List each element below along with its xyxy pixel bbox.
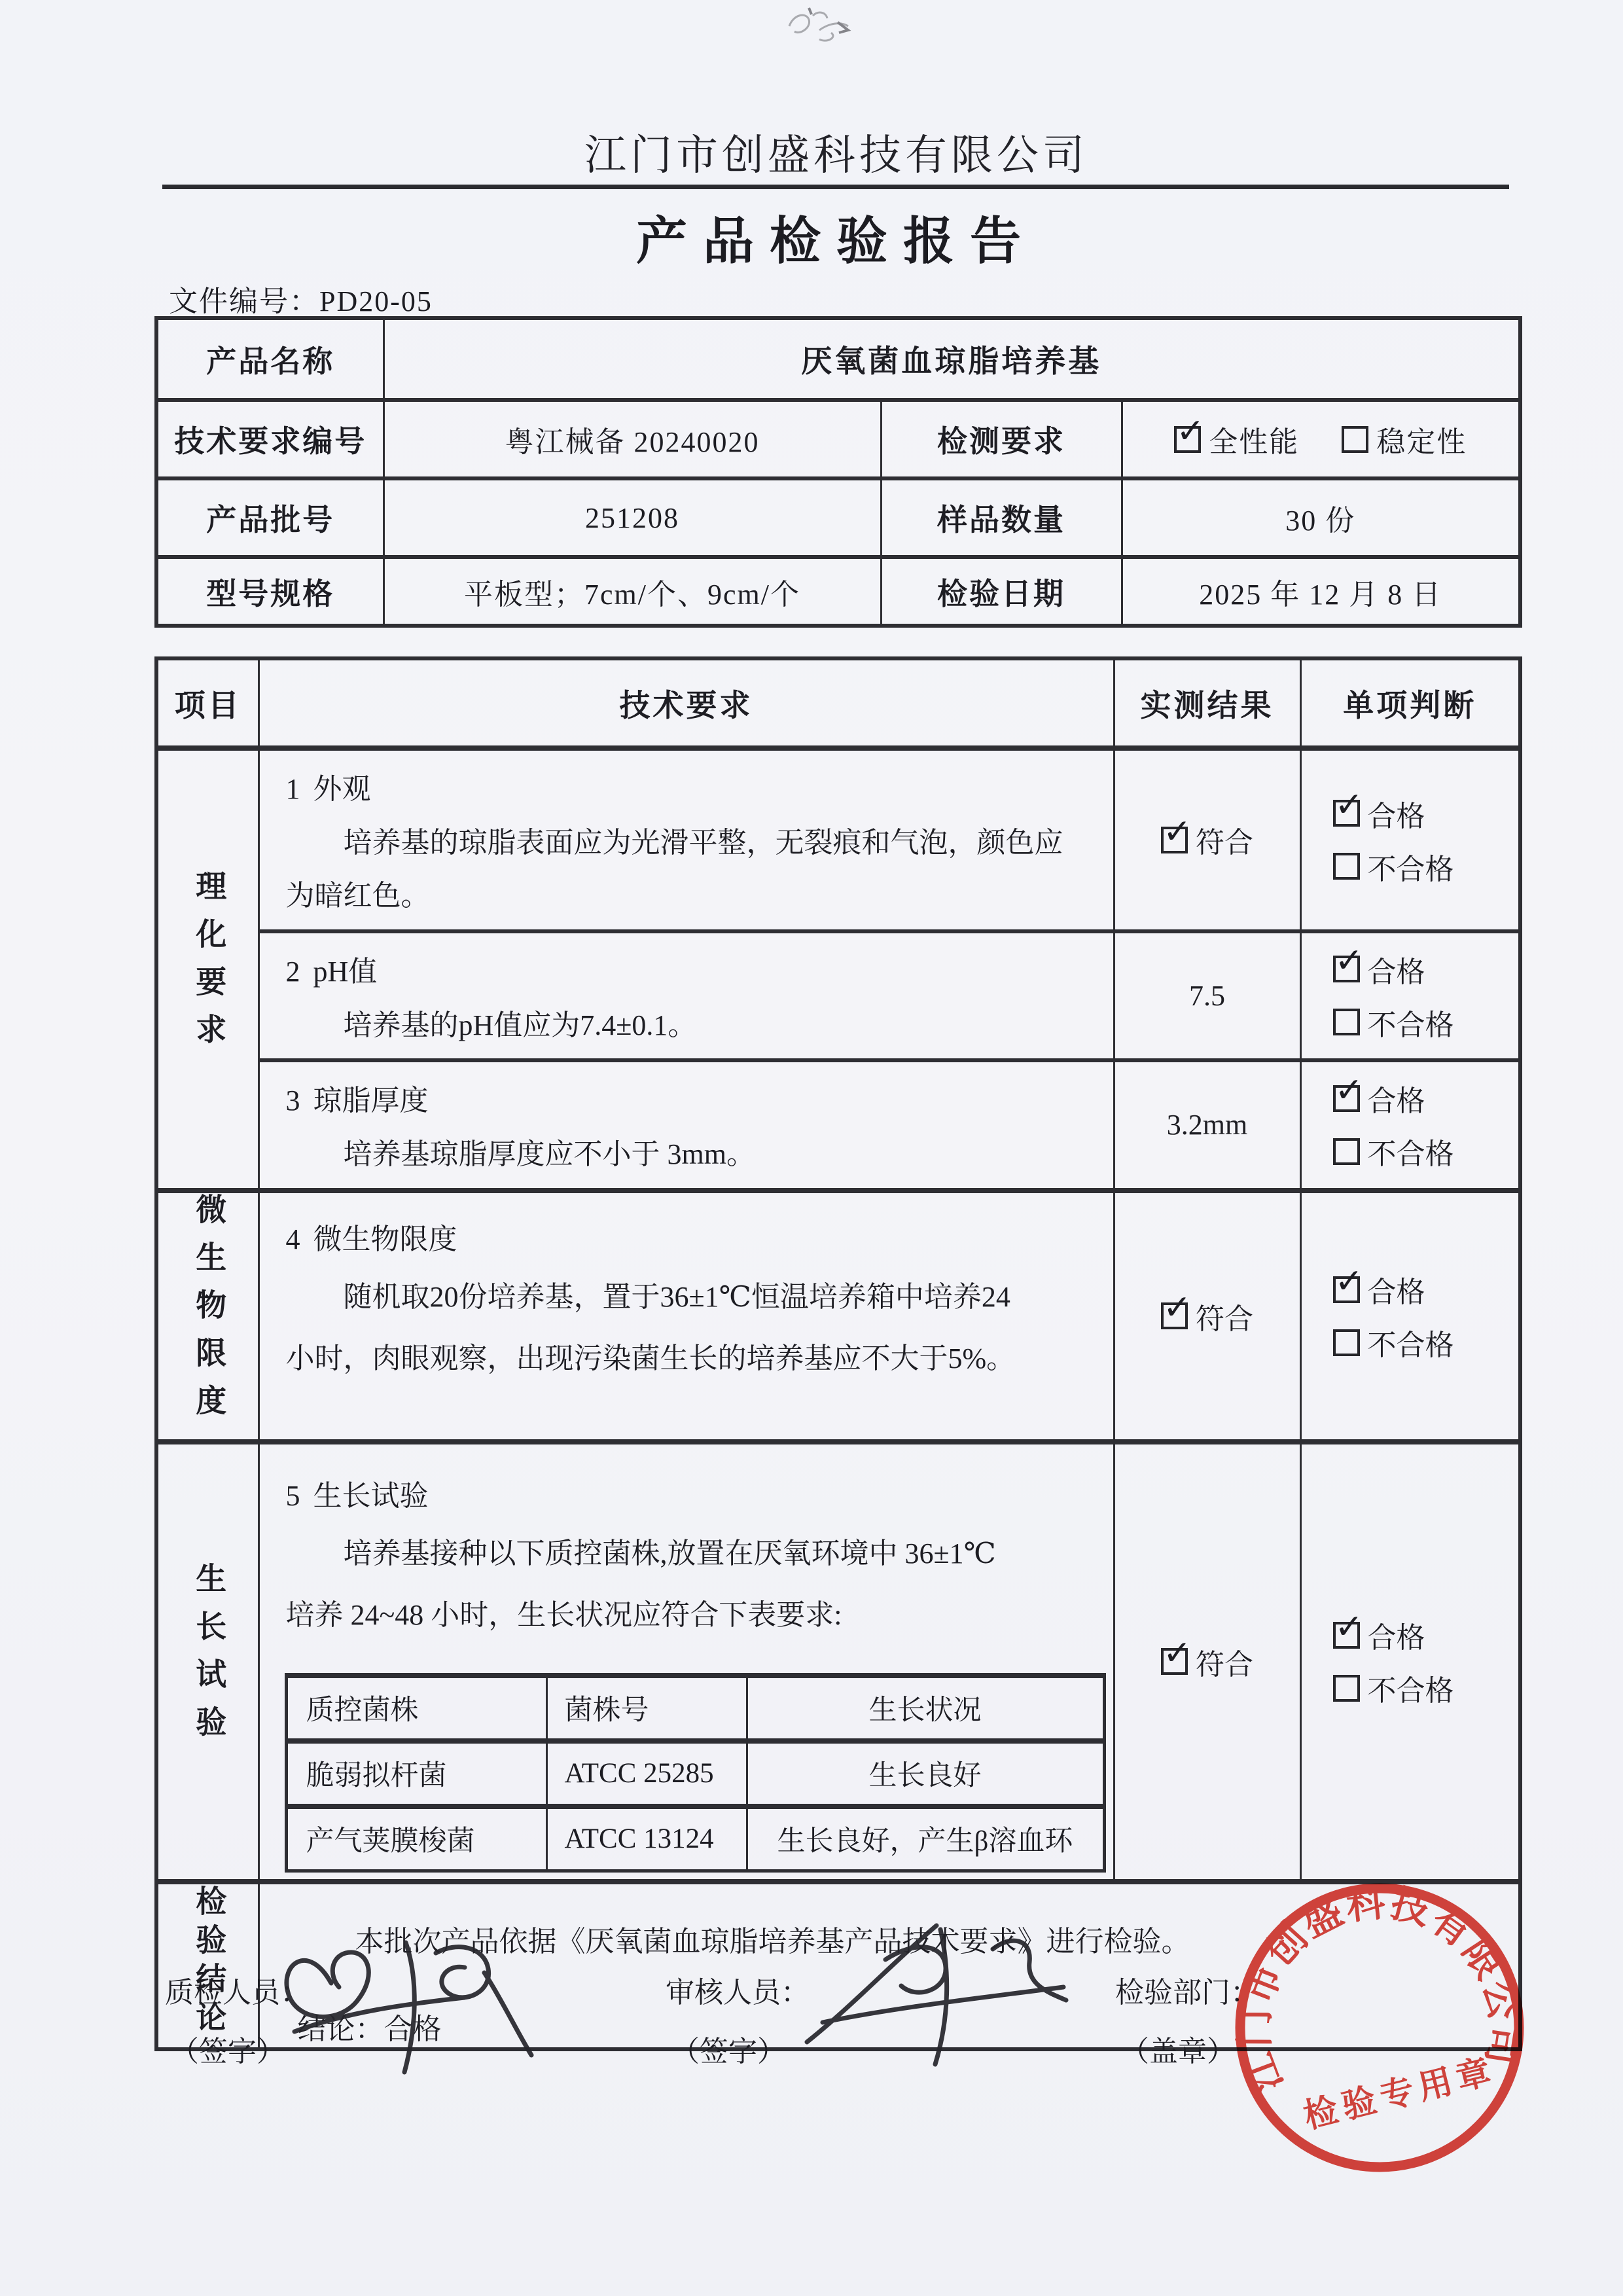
req-title-text: 琼脂厚度 (313, 1085, 429, 1117)
result-appearance: 符合 (1114, 748, 1300, 931)
fail-label: 不合格 (1368, 1321, 1454, 1363)
req-title-text: 外观 (313, 773, 371, 805)
table-row: 技术要求编号 粤江械备 20240020 检测要求 全性能 稳定性 (156, 400, 1520, 478)
req-title-text: 微生物限度 (313, 1223, 457, 1255)
option-stability: 稳定性 (1342, 418, 1467, 460)
strain-no-col-header: 菌株号 (546, 1676, 747, 1741)
checkbox-checked-icon (1333, 800, 1360, 827)
strain-name: 脆弱拟杆菌 (286, 1741, 546, 1806)
fail-label: 不合格 (1368, 1001, 1454, 1043)
req-title-text: pH值 (313, 956, 378, 988)
header-rule (162, 185, 1509, 189)
group-growth: 生长试验 (156, 1442, 259, 1882)
checkbox-checked-icon (1174, 426, 1201, 453)
req-no: 3 (286, 1085, 300, 1117)
table-row-ph: 2pH值 培养基的pH值应为7.4±0.1。 7.5 合格 不合格 (156, 931, 1520, 1060)
table-row-microbial-limit: 微生物限度 4微生物限度 随机取20份培养基，置于36±1℃恒温培养箱中培养24… (156, 1191, 1520, 1442)
requirement-microbial-limit: 4微生物限度 随机取20份培养基，置于36±1℃恒温培养箱中培养24小时，肉眼观… (259, 1191, 1114, 1442)
growth-status-col-header: 生长状况 (747, 1676, 1104, 1741)
pass-label: 合格 (1368, 1614, 1425, 1656)
report-page: 江门市创盛科技有限公司 产品检验报告 文件编号：PD20-05 产品名称 厌氧菌… (0, 0, 1623, 2296)
date-value: 2025 年 12 月 8 日 (1122, 557, 1520, 626)
req-no: 5 (286, 1480, 300, 1512)
checkbox-checked-icon (1333, 1276, 1360, 1303)
batch-label: 产品批号 (156, 478, 383, 557)
group-microbio: 微生物限度 (156, 1191, 259, 1442)
growth-table-row: 脆弱拟杆菌 ATCC 25285 生长良好 (286, 1741, 1104, 1806)
option-full-performance: 全性能 (1174, 418, 1299, 460)
req-no: 1 (286, 773, 300, 805)
strain-no: ATCC 13124 (546, 1806, 747, 1871)
doc-number-value: PD20-05 (319, 285, 433, 317)
strain-no: ATCC 25285 (546, 1741, 747, 1806)
group-physchem: 理化要求 (156, 748, 259, 1191)
table-row: 型号规格 平板型；7cm/个、9cm/个 检验日期 2025 年 12 月 8 … (156, 557, 1520, 626)
seal-center-text: 检验专用章 (1300, 2052, 1499, 2136)
req-title-text: 生长试验 (313, 1480, 429, 1512)
product-name-value: 厌氧菌血琼脂培养基 (383, 318, 1520, 400)
checkbox-checked-icon (1161, 1302, 1188, 1329)
header-item: 项目 (156, 658, 259, 748)
table-row-growth-test: 生长试验 5生长试验 培养基接种以下质控菌株,放置在厌氧环境中 36±1℃ 培养… (156, 1442, 1520, 1882)
req-body-text: 随机取20份培养基，置于36±1℃恒温培养箱中培养24小时，肉眼观察，出现污染菌… (286, 1266, 1091, 1390)
judgement-ph: 合格 不合格 (1300, 931, 1520, 1060)
report-title: 产品检验报告 (154, 200, 1518, 274)
qc-signature (267, 1926, 548, 2079)
header-requirement: 技术要求 (259, 658, 1114, 748)
table-row: 产品名称 厌氧菌血琼脂培养基 (156, 318, 1520, 400)
checkbox-unchecked-icon (1333, 1675, 1360, 1702)
result-growth-test: 符合 (1114, 1442, 1300, 1882)
result-agar-thickness: 3.2mm (1114, 1060, 1300, 1190)
result-ph: 7.5 (1114, 931, 1300, 1060)
judgement-appearance: 合格 不合格 (1300, 748, 1520, 931)
growth-table-header: 质控菌株 菌株号 生长状况 (286, 1676, 1104, 1741)
fail-label: 不合格 (1368, 1667, 1454, 1709)
result-microbial-limit: 符合 (1114, 1191, 1300, 1442)
result-table: 项目 技术要求 实测结果 单项判断 理化要求 1外观 培养基的琼脂表面应为光滑平… (154, 656, 1522, 2051)
req-body-text: 培养基的琼脂表面应为光滑平整，无裂痕和气泡，颜色应为暗红色。 (286, 816, 1091, 923)
strain-name: 产气荚膜梭菌 (286, 1806, 546, 1871)
requirement-agar-thickness: 3琼脂厚度 培养基琼脂厚度应不小于 3mm。 (259, 1060, 1114, 1190)
fail-label: 不合格 (1368, 1130, 1454, 1172)
company-seal: 江门市创盛科技有限公司 检验专用章 (1195, 1843, 1564, 2212)
checkbox-checked-icon (1161, 1648, 1188, 1675)
judgement-microbial-limit: 合格 不合格 (1300, 1191, 1520, 1442)
checkbox-unchecked-icon (1333, 1138, 1360, 1165)
checkbox-unchecked-icon (1342, 426, 1368, 453)
growth-status: 生长良好，产生β溶血环 (747, 1806, 1104, 1871)
test-req-options: 全性能 稳定性 (1122, 400, 1520, 478)
checkbox-checked-icon (1161, 827, 1188, 853)
checkbox-checked-icon (1333, 1085, 1360, 1112)
batch-value: 251208 (383, 478, 881, 557)
req-body-text: 培养基的pH值应为7.4±0.1。 (286, 999, 1091, 1052)
req-no: 4 (286, 1223, 300, 1255)
date-label: 检验日期 (881, 557, 1122, 626)
req-body-text: 培养基接种以下质控菌株,放置在厌氧环境中 36±1℃ 培养 24~48 小时，生… (286, 1523, 1091, 1647)
table-row: 产品批号 251208 样品数量 30 份 (156, 478, 1520, 557)
pencil-smudge (780, 4, 859, 50)
product-name-label: 产品名称 (156, 318, 383, 400)
checkbox-checked-icon (1333, 1622, 1360, 1649)
requirement-growth-test: 5生长试验 培养基接种以下质控菌株,放置在厌氧环境中 36±1℃ 培养 24~4… (259, 1442, 1114, 1882)
judgement-agar-thickness: 合格 不合格 (1300, 1060, 1520, 1190)
growth-strain-table: 质控菌株 菌株号 生长状况 脆弱拟杆菌 ATCC 25285 生长良好 产气荚膜… (285, 1673, 1106, 1873)
conform-label: 符合 (1196, 1295, 1253, 1337)
fail-label: 不合格 (1368, 846, 1454, 888)
sample-qty-label: 样品数量 (881, 478, 1122, 557)
reviewer-signature (787, 1906, 1075, 2073)
conform-label: 符合 (1196, 819, 1253, 861)
judgement-growth-test: 合格 不合格 (1300, 1442, 1520, 1882)
req-body-text: 培养基琼脂厚度应不小于 3mm。 (286, 1128, 1091, 1181)
info-table: 产品名称 厌氧菌血琼脂培养基 技术要求编号 粤江械备 20240020 检测要求… (154, 316, 1522, 628)
sample-qty-value: 30 份 (1122, 478, 1520, 557)
table-row-appearance: 理化要求 1外观 培养基的琼脂表面应为光滑平整，无裂痕和气泡，颜色应为暗红色。 … (156, 748, 1520, 931)
checkbox-unchecked-icon (1333, 1009, 1360, 1035)
checkbox-unchecked-icon (1333, 853, 1360, 880)
pass-label: 合格 (1368, 1077, 1425, 1119)
pass-label: 合格 (1368, 1268, 1425, 1310)
test-req-label: 检测要求 (881, 400, 1122, 478)
req-no: 2 (286, 956, 300, 988)
header-result: 实测结果 (1114, 658, 1300, 748)
strain-col-header: 质控菌株 (286, 1676, 546, 1741)
header-judgement: 单项判断 (1300, 658, 1520, 748)
tech-req-no-label: 技术要求编号 (156, 400, 383, 478)
doc-number-label: 文件编号： (169, 285, 319, 317)
model-label: 型号规格 (156, 557, 383, 626)
tech-req-no-value: 粤江械备 20240020 (383, 400, 881, 478)
requirement-appearance: 1外观 培养基的琼脂表面应为光滑平整，无裂痕和气泡，颜色应为暗红色。 (259, 748, 1114, 931)
company-name: 江门市创盛科技有限公司 (154, 122, 1518, 182)
table-row-agar-thickness: 3琼脂厚度 培养基琼脂厚度应不小于 3mm。 3.2mm 合格 不合格 (156, 1060, 1520, 1190)
pass-label: 合格 (1368, 793, 1425, 834)
requirement-ph: 2pH值 培养基的pH值应为7.4±0.1。 (259, 931, 1114, 1060)
growth-table-row: 产气荚膜梭菌 ATCC 13124 生长良好，产生β溶血环 (286, 1806, 1104, 1871)
doc-number: 文件编号：PD20-05 (169, 278, 433, 319)
result-table-header: 项目 技术要求 实测结果 单项判断 (156, 658, 1520, 748)
checkbox-checked-icon (1333, 956, 1360, 982)
conform-label: 符合 (1196, 1641, 1253, 1683)
pass-label: 合格 (1368, 948, 1425, 990)
model-value: 平板型；7cm/个、9cm/个 (383, 557, 881, 626)
growth-status: 生长良好 (747, 1741, 1104, 1806)
checkbox-unchecked-icon (1333, 1329, 1360, 1356)
option-label: 全性能 (1209, 418, 1299, 460)
option-label: 稳定性 (1376, 418, 1467, 460)
